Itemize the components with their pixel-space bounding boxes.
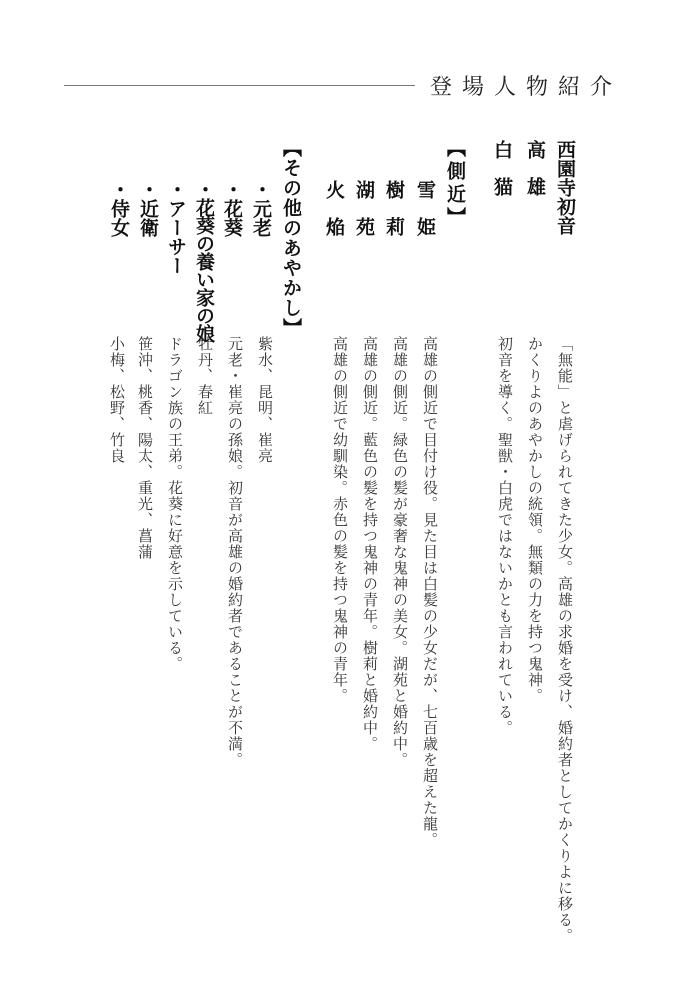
aide-description-koen: 高雄の側近。藍色の髪を持つ鬼神の青年。樹莉と婚約中。 <box>362 336 377 752</box>
other-name-kaki: ・花葵 <box>222 180 241 237</box>
other-description-guards: 笹沖、桃香、陽太、重光、菖蒲 <box>137 336 152 560</box>
aide-description-kaen: 高雄の側近で幼馴染。赤色の髪を持つ鬼神の青年。 <box>332 336 347 704</box>
aide-name-koen: 湖苑 <box>354 180 373 254</box>
section-title-other-ayakashi: 【その他のあやかし】 <box>281 138 300 338</box>
aide-description-yukihime: 高雄の側近で目付け役。見た目は白髪の少女だが、七百歳を超えた龍。 <box>422 336 437 848</box>
other-name-kaki-foster-daughters: ・花葵の養い家の娘 <box>194 180 213 342</box>
aide-name-juri: 樹莉 <box>384 180 403 254</box>
page-title: 登場人物紹介 <box>430 70 622 101</box>
aide-name-kaen: 火焔 <box>324 180 343 254</box>
aide-name-yukihime: 雪姫 <box>415 180 434 254</box>
other-description-maids: 小梅、松野、竹良 <box>109 336 124 464</box>
character-description-shironeko: 初音を導く。聖獣・白虎ではないかとも言われている。 <box>497 336 512 736</box>
aide-description-juri: 高雄の側近。緑色の髪が豪奢な鬼神の美女。湖苑と婚約中。 <box>392 336 407 768</box>
other-name-maids: ・侍女 <box>109 180 128 237</box>
character-description-takao: かくりよのあやかしの統領。無類の力を持つ鬼神。 <box>527 336 542 704</box>
other-description-arthur: ドラゴン族の王弟。花葵に好意を示している。 <box>167 336 182 672</box>
header-rule <box>64 85 415 86</box>
other-name-arthur: ・アーサー <box>166 180 185 275</box>
section-title-aides: 【側近】 <box>445 138 464 230</box>
character-name-shironeko: 白猫 <box>492 140 511 214</box>
other-description-kaki-foster-daughters: 牡丹、春紅 <box>197 336 212 416</box>
other-name-elders: ・元老 <box>251 180 270 237</box>
character-name-hatsune: 西園寺初音 <box>555 140 574 235</box>
other-description-elders: 紫水、昆明、崔亮 <box>257 336 272 464</box>
character-name-takao: 高雄 <box>525 140 544 214</box>
other-description-kaki: 元老・崔亮の孫娘。初音が高雄の婚約者であることが不満。 <box>227 336 242 768</box>
other-name-guards: ・近衛 <box>138 180 157 237</box>
character-description-hatsune: 「無能」と虐げられてきた少女。高雄の求婚を受け、婚約者としてかくりよに移る。 <box>557 336 572 944</box>
